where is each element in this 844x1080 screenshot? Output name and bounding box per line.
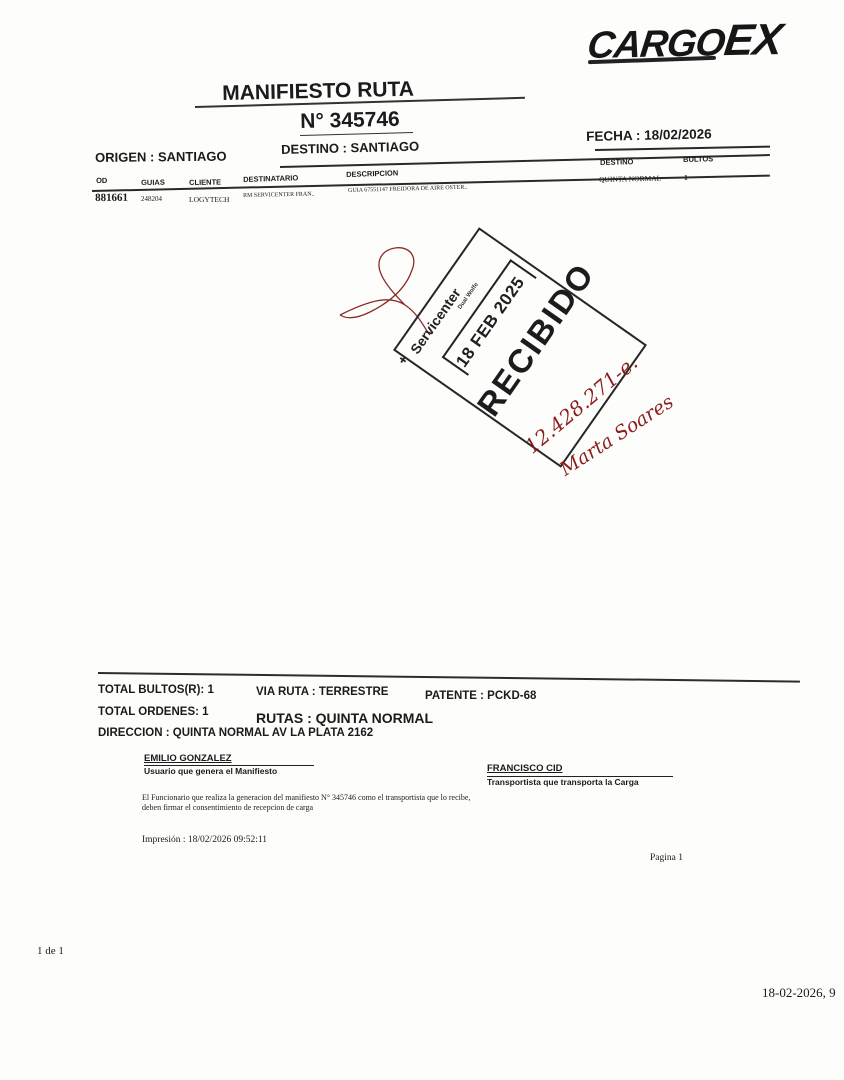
total-bultos: TOTAL BULTOS(R): 1 [98,684,214,696]
patente: PATENTE : PCKD-68 [425,690,536,702]
cell-descripcion: GUIA 67551147 FREIDORA DE AIRE OSTER.. [348,185,467,194]
fecha-divider [595,146,770,151]
cell-guias: 248204 [141,195,162,203]
cell-cliente: LOGYTECH [189,195,229,204]
consent-note-line2: deben firmar el consentimiento de recepc… [142,803,313,813]
total-ordenes: TOTAL ORDENES: 1 [98,706,209,718]
fecha-field: FECHA : 18/02/2026 [586,126,712,144]
impresion-timestamp: Impresión : 18/02/2026 09:52:11 [142,835,267,845]
col-destino: DESTINO [600,157,634,167]
signer-transporter-role: Transportista que transporta la Carga [487,777,639,787]
print-datetime: 18-02-2026, 9 [762,985,836,1001]
logo-part-ex: EX [722,15,785,65]
signer-transporter-name: FRANCISCO CID [487,763,562,774]
rutas: RUTAS : QUINTA NORMAL [256,710,433,726]
col-bultos: BULTOS [683,154,713,164]
col-guias: GUIAS [141,178,165,187]
manifest-number: N° 345746 [300,108,400,134]
col-cliente: CLIENTE [189,178,221,187]
cell-bultos: 1 [684,173,688,182]
cell-od: 881661 [95,192,128,204]
page-label: Pagina 1 [650,853,683,863]
signer-generator-role: Usuario que genera el Manifiesto [144,766,277,776]
print-page-count: 1 de 1 [37,945,64,957]
col-destinatario: DESTINATARIO [243,173,298,184]
origen-field: ORIGEN : SANTIAGO [95,149,227,165]
signer-generator-name: EMILIO GONZALEZ [144,753,232,764]
via-ruta: VIA RUTA : TERRESTRE [256,686,388,698]
col-od: OD [96,176,107,185]
col-descripcion: DESCRIPCION [346,168,398,179]
cell-destinatario: RM SERVICENTER FRAN.. [243,192,315,199]
destino-field: DESTINO : SANTIAGO [281,139,419,157]
footer-divider [98,672,800,682]
cell-destino: QUINTA NORMAL [599,174,661,184]
direccion: DIRECCION : QUINTA NORMAL AV LA PLATA 21… [98,727,373,739]
consent-note-line1: El Funcionario que realiza la generacion… [142,793,470,803]
